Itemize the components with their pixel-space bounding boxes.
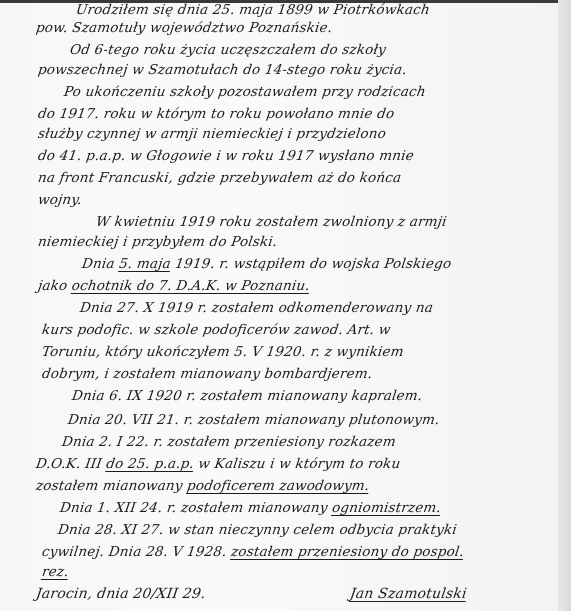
text-line: pow. Szamotuły województwo Poznańskie.: [35, 20, 334, 36]
underlined-text: rez.: [41, 564, 70, 580]
line-text: Od 6-tego roku życia uczęszczałem do szk…: [69, 42, 387, 58]
signature-text: Jan Szamotulski: [349, 586, 468, 602]
line-text: wojny.: [37, 192, 83, 208]
text-line: Urodziłem się dnia 25. maja 1899 w Piotr…: [75, 2, 431, 18]
text-line: Toruniu, który ukończyłem 5. V 1920. r. …: [41, 344, 405, 360]
line-text: Urodziłem się dnia 25. maja 1899 w Piotr…: [75, 2, 431, 18]
line-text: cywilnej. Dnia 28. V 1928.: [41, 544, 232, 560]
signature: Jan Szamotulski: [349, 586, 468, 602]
underlined-text: zostałem przeniesiony do pospol.: [230, 544, 465, 560]
text-line: D.O.K. III do 25. p.a.p. w Kaliszu i w k…: [35, 456, 402, 472]
text-line: Po ukończeniu szkoły pozostawałem przy r…: [63, 84, 427, 100]
text-line: Dnia 2. I 22. r. zostałem przeniesiony r…: [61, 434, 397, 450]
text-line: Od 6-tego roku życia uczęszczałem do szk…: [69, 42, 387, 58]
text-line: służby czynnej w armji niemieckiej i prz…: [37, 126, 387, 142]
text-line: do 41. p.a.p. w Głogowie i w roku 1917 w…: [37, 148, 415, 164]
text-line: Dnia 28. XI 27. w stan nieczynny celem o…: [57, 522, 458, 538]
text-line: Dnia 5. maja 1919. r. wstąpiłem do wojsk…: [81, 256, 453, 272]
line-text: W kwietniu 1919 roku zostałem zwolniony …: [95, 214, 448, 230]
text-line: rez.: [41, 564, 70, 580]
line-text: w Kaliszu i w którym to roku: [193, 456, 402, 472]
text-line: Dnia 1. XII 24. r. zostałem mianowany og…: [59, 500, 442, 516]
line-text: zostałem mianowany: [35, 478, 188, 494]
line-text: Dnia 20. VII 21. r. zostałem mianowany p…: [67, 412, 441, 428]
line-text: 1919. r. wstąpiłem do wojska Polskiego: [170, 256, 453, 272]
text-line: Dnia 6. IX 1920 r. zostałem mianowany ka…: [71, 388, 424, 404]
line-text: Dnia 2. I 22. r. zostałem przeniesiony r…: [61, 434, 397, 450]
line-text: dobrym, i zostałem mianowany bombardjere…: [41, 366, 374, 382]
line-text: służby czynnej w armji niemieckiej i prz…: [37, 126, 387, 142]
line-text: kurs podofic. w szkole podoficerów zawod…: [41, 322, 392, 338]
text-line: jako ochotnik do 7. D.A.K. w Poznaniu.: [37, 278, 311, 294]
line-text: jako: [37, 278, 73, 294]
line-text: niemieckiej i przybyłem do Polski.: [37, 234, 279, 250]
line-text: Dnia 6. IX 1920 r. zostałem mianowany ka…: [71, 388, 424, 404]
text-line: niemieckiej i przybyłem do Polski.: [37, 234, 279, 250]
underlined-text: podoficerem zawodowym.: [186, 478, 370, 494]
underlined-text: ochotnik do 7. D.A.K. w Poznaniu.: [71, 278, 311, 294]
line-text: pow. Szamotuły województwo Poznańskie.: [35, 20, 334, 36]
line-text: na front Francuski, gdzie przebywałem aż…: [37, 170, 403, 186]
text-line: na front Francuski, gdzie przebywałem aż…: [37, 170, 403, 186]
line-text: Dnia 28. XI 27. w stan nieczynny celem o…: [57, 522, 458, 538]
underlined-text: ogniomistrzem.: [331, 500, 442, 516]
line-text: Po ukończeniu szkoły pozostawałem przy r…: [63, 84, 427, 100]
line-text: do 1917. roku w którym to roku powołano …: [37, 106, 396, 122]
text-line: wojny.: [37, 192, 83, 208]
scan-right-edge-shadow: [558, 0, 571, 611]
text-line: cywilnej. Dnia 28. V 1928. zostałem prze…: [41, 544, 465, 560]
text-line: kurs podofic. w szkole podoficerów zawod…: [41, 322, 392, 338]
line-text: D.O.K. III: [35, 456, 108, 472]
text-line: Dnia 27. X 1919 r. zostałem odkomenderow…: [79, 300, 434, 316]
text-line: powszechnej w Szamotułach do 14-stego ro…: [37, 62, 408, 78]
line-text: powszechnej w Szamotułach do 14-stego ro…: [37, 62, 408, 78]
line-text: Toruniu, który ukończyłem 5. V 1920. r. …: [41, 344, 405, 360]
text-line: zostałem mianowany podoficerem zawodowym…: [35, 478, 371, 494]
line-text: Dnia 1. XII 24. r. zostałem mianowany: [59, 500, 333, 516]
underlined-text: 5. maja: [118, 256, 172, 272]
underlined-text: do 25. p.a.p.: [105, 456, 195, 472]
text-line: dobrym, i zostałem mianowany bombardjere…: [41, 366, 374, 382]
line-text: Dnia: [81, 256, 120, 272]
text-line: Dnia 20. VII 21. r. zostałem mianowany p…: [67, 412, 441, 428]
text-line: W kwietniu 1919 roku zostałem zwolniony …: [95, 214, 448, 230]
text-line: do 1917. roku w którym to roku powołano …: [37, 106, 396, 122]
line-text: Dnia 27. X 1919 r. zostałem odkomenderow…: [79, 300, 434, 316]
place-and-date: Jarocin, dnia 20/XII 29.: [35, 586, 207, 602]
line-text: do 41. p.a.p. w Głogowie i w roku 1917 w…: [37, 148, 415, 164]
